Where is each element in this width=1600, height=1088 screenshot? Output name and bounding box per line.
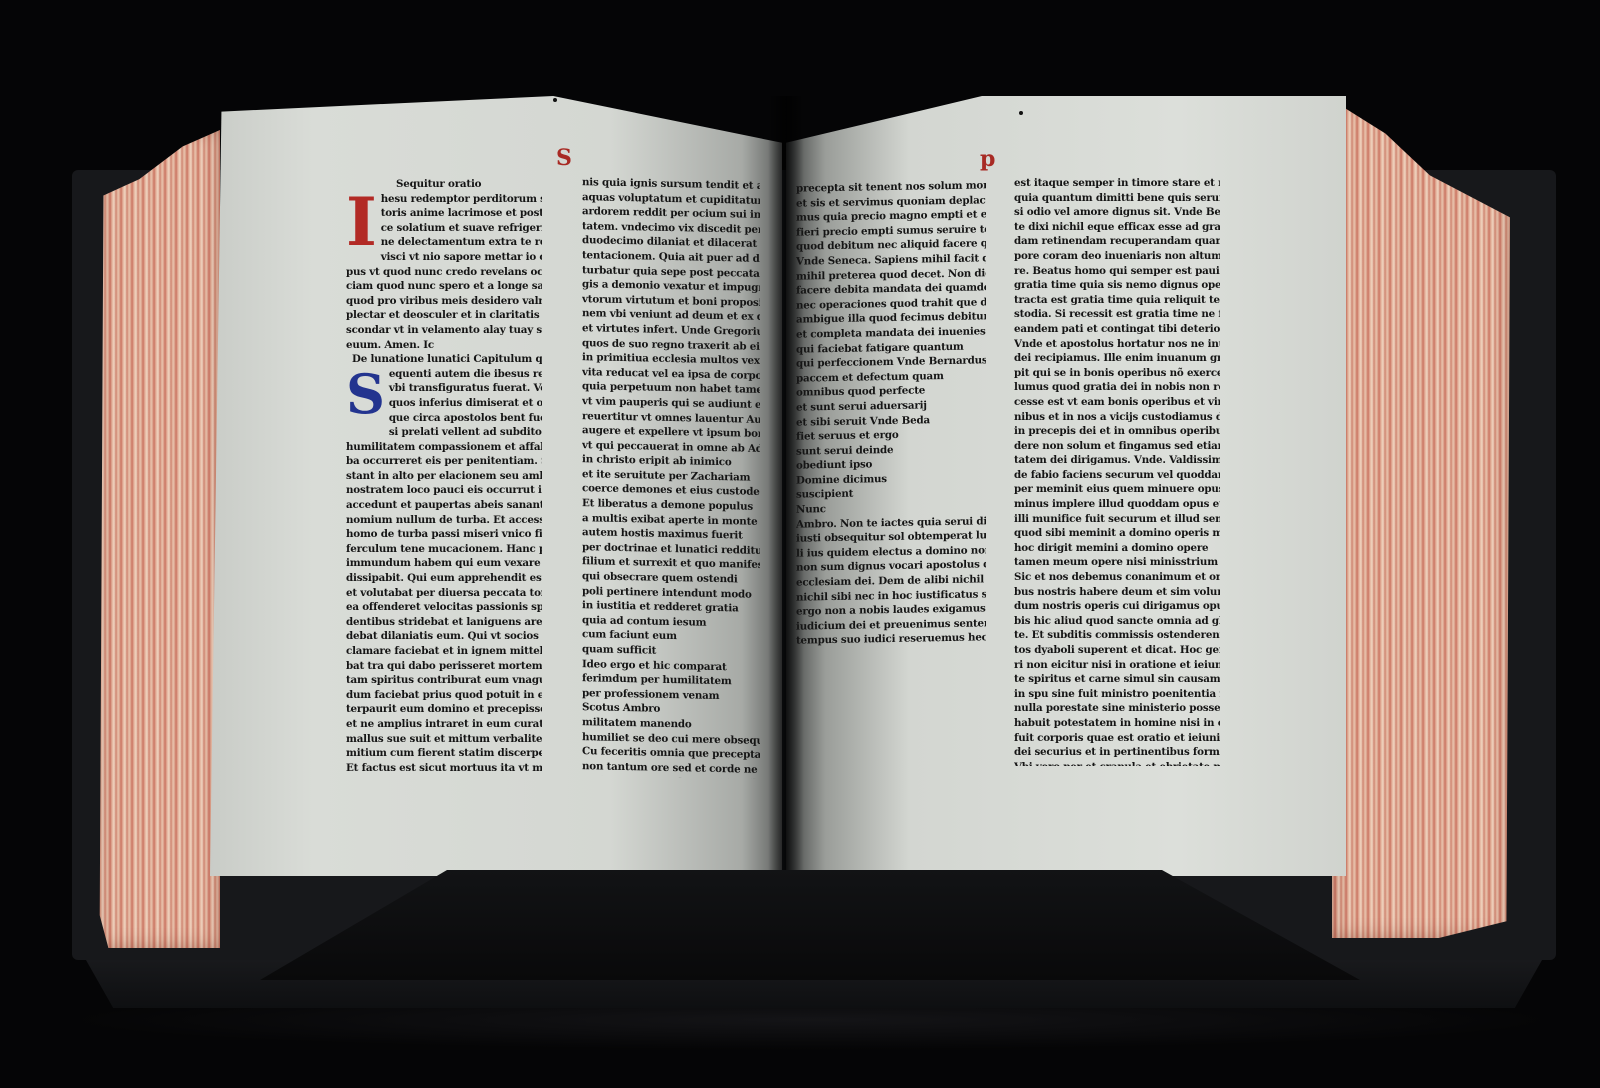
text-line: plectar et deosculer et in claritatis tu… <box>346 308 542 323</box>
pinhole-mark <box>553 98 557 102</box>
chapter-heading: De lunatione lunatici Capitulum quartu <box>346 352 542 367</box>
text-line: dei recipiamus. Ille enim inuanum gratia… <box>1014 351 1220 366</box>
text-line: ea offenderet velocitas passionis spumab… <box>346 600 542 615</box>
text-line: tam spiritus contriburat eum vnaguis eum… <box>346 673 542 688</box>
text-line: eandem pati et contingat tibi deteriora … <box>1014 322 1220 337</box>
text-line: dam retinendam recuperandam quam si omni… <box>1014 234 1220 249</box>
text-line: debat dilaniatis eum. Qui vt socios eius… <box>346 629 542 644</box>
text-line: euum. Amen. Ic <box>346 338 542 353</box>
text-line: gratia time quia sis nemo dignus operis … <box>1014 278 1220 293</box>
text-line: bis hic aliud quod sancte omnia ad glori… <box>1014 614 1220 629</box>
text-line: dissipabit. Qui eum apprehendit est terr… <box>346 571 542 586</box>
text-line: mallus sue suit et mittum verbaliter qui… <box>346 732 542 747</box>
text-line: humilitatem compassionem et affabilitate… <box>346 440 542 455</box>
text-line: quod pro viribus meis desidero valmis an… <box>346 294 542 309</box>
text-line: tatem dei dirigamus. Vnde. Valdissima pr… <box>1014 453 1220 468</box>
left-page-column-1: Sequitur oratio I hesu redemptor perdito… <box>346 177 542 777</box>
text-line: nomium nullum de turba. Et accessit ad e… <box>346 513 542 528</box>
text-line: tamen meum opere nisi minisstrium vel ad… <box>1014 555 1220 570</box>
text-line: ferculum tene mucacionem. Hanc paucti et… <box>346 542 542 557</box>
text-line: hoc dirigit memini a domino opere <box>1014 541 1220 556</box>
text-line: pus vt quod nunc credo revelans ocul tan… <box>346 265 542 280</box>
text-line: pore coram deo inueniaris non altum sape… <box>1014 249 1220 264</box>
text-line: et volutabat per diuersa peccata torquen… <box>346 586 542 601</box>
text-line: nibus et in nos a vicijs custodiamus deb… <box>1014 410 1220 425</box>
text-line: accedunt et paupertas abeis sanantur. le… <box>346 498 542 513</box>
text-line: dum faciebat prius quod potuit in eum de… <box>346 688 542 703</box>
text-line: illi munifice fuit securum et illud semp… <box>1014 512 1220 527</box>
blue-initial-letter: S <box>346 373 385 429</box>
text-line: te spiritus et carne simul sin causam me… <box>1014 672 1220 687</box>
text-line: clamare faciebat et in ignem mittebat et <box>346 644 542 659</box>
text-line: re. Beatus homo qui semper est pauidus. … <box>1014 264 1220 279</box>
text-line: Vbi vero per et crapula et ebrietate mor… <box>1014 760 1220 766</box>
text-line: te dixi nichil eque efficax esse ad grat… <box>1014 220 1220 235</box>
red-headline-initial: p <box>980 146 995 172</box>
red-headline-initial: S <box>556 145 572 171</box>
text-line: et ne amplius intraret in eum curatus es… <box>346 717 542 732</box>
left-page-column-2: nis quia ignis sursum tendit et alta pet… <box>582 175 760 779</box>
text-line: tracta est gratia time quia reliquit te … <box>1014 293 1220 308</box>
text-line: immundum habem qui eum vexare per diuers… <box>346 556 542 571</box>
text-block: precepta sit tenent nos solum mors de su… <box>796 178 986 648</box>
text-line: habuit potestatem in homine nisi in orat… <box>1014 716 1220 731</box>
text-line: si odio vel amore dignus sit. Vnde Berna… <box>1014 205 1220 220</box>
red-initial-letter: I <box>346 196 377 256</box>
text-line: lumus quod gratia dei in nobis non reman… <box>1014 380 1220 395</box>
text-line: minus implere illud quoddam opus et per … <box>1014 497 1220 512</box>
left-fore-edge <box>96 130 220 948</box>
text-line: tos dyaboli superent et dicat. Hoc genus… <box>1014 643 1220 658</box>
text-line: per meminit eius quem minuere opus non v… <box>1014 482 1220 497</box>
text-line: ba occurreret eis per penitentiam. Sed q… <box>346 454 542 469</box>
text-line: fuit corporis quae est oratio et ieiuniu… <box>1014 731 1220 746</box>
text-line: pit qui se in bonis operibus nõ exercet.… <box>1014 366 1220 381</box>
text-line: cesse est vt eam bonis operibus et virtu… <box>1014 395 1220 410</box>
text-line: est itaque semper in timore stare et nic… <box>1014 176 1220 191</box>
text-line: dentibus stridebat et laniguens aresceba… <box>346 615 542 630</box>
text-line: dei securius et in pertinentibus formate… <box>1014 745 1220 760</box>
text-line: de fabio faciens securum vel quoddam ali… <box>1014 468 1220 483</box>
text-line: ciam quod nunc spero et a longe salutoc … <box>346 279 542 294</box>
text-line: tempus suo iudici reseruemus hec. Ambro.… <box>796 631 986 649</box>
text-block: est itaque semper in timore stare et nic… <box>1014 176 1220 766</box>
text-line: quia mortuus est. Ihesus autem tenens ma… <box>346 775 542 777</box>
text-line: dum nostris operis cui dirigamus opus et… <box>1014 599 1220 614</box>
text-line: Sic et nos debemus conanimum et omnes st… <box>1014 570 1220 585</box>
right-fore-edge <box>1332 100 1510 938</box>
text-line: Et factus est sicut mortuus ita vt multi… <box>346 761 542 776</box>
pinhole-mark <box>1019 111 1023 115</box>
text-line: in spu sine fuit ministro poenitentia re… <box>1014 687 1220 702</box>
text-line: nostratem loco pauci eis occurrut id est… <box>346 483 542 498</box>
text-line: stant in alto per elacionem seu ambicion… <box>346 469 542 484</box>
text-line: terpaurit eum domino et precepisset ei e… <box>346 702 542 717</box>
text-line: dere non solum et fingamus sed etiam et … <box>1014 439 1220 454</box>
text-line: bat tra qui dabo perisseret mortem suam … <box>346 659 542 674</box>
text-line: Vnde et apostolus hortatur nos ne inuanu… <box>1014 337 1220 352</box>
photo-scene: Sequitur oratio I hesu redemptor perdito… <box>0 0 1600 1088</box>
right-page-column-1: precepta sit tenent nos solum mors de su… <box>796 178 986 771</box>
text-line: homo de turba passi miseri vnico filio s… <box>346 527 542 542</box>
text-line: in precepis dei et in omnibus operibus n… <box>1014 424 1220 439</box>
text-line: ri non eicitur nisi in oratione et ieiun… <box>1014 658 1220 673</box>
right-page-column-2: est itaque semper in timore stare et nic… <box>1014 176 1220 766</box>
text-block: nis quia ignis sursum tendit et alta pet… <box>582 175 760 779</box>
text-line: mitium cum fierent statim discerpens eum… <box>346 746 542 761</box>
text-line: stodia. Si recessit est gratia time ne f… <box>1014 307 1220 322</box>
text-line: te. Et subditis commissis ostenderent qu… <box>1014 628 1220 643</box>
text-line: quia quantum dimitti bene quis seruiens … <box>1014 191 1220 206</box>
text-line: scondar vt in velamento alay tuay sit pa… <box>346 323 542 338</box>
text-line: bus nostris habere deum et sim voluntate… <box>1014 585 1220 600</box>
text-line: quod sibi meminit a domino operis mandat… <box>1014 526 1220 541</box>
text-line: nulla porestate sine ministerio posse ex… <box>1014 701 1220 716</box>
